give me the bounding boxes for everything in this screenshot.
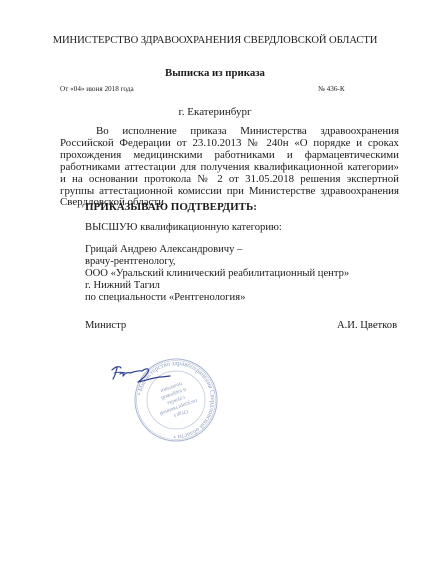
- ministry-header: МИНИСТЕРСТВО ЗДРАВООХРАНЕНИЯ СВЕРДЛОВСКО…: [0, 35, 430, 46]
- signature-icon: [108, 360, 178, 390]
- order-number: № 436-К: [318, 85, 345, 93]
- order-date: От «04» июня 2018 года: [60, 85, 134, 93]
- person-block: Грицай Андрею Александровичу – врачу-рен…: [85, 244, 349, 304]
- signer-title: Министр: [85, 320, 126, 331]
- person-position: врачу-рентгенологу,: [85, 256, 349, 268]
- document-title: Выписка из приказа: [0, 67, 430, 79]
- document-page: МИНИСТЕРСТВО ЗДРАВООХРАНЕНИЯ СВЕРДЛОВСКО…: [0, 0, 430, 573]
- order-heading: ПРИКАЗЫВАЮ ПОДТВЕРДИТЬ:: [85, 201, 257, 213]
- person-organization: ООО «Уральский клинический реабилитацион…: [85, 268, 349, 280]
- preamble-paragraph: Во исполнение приказа Министерства здрав…: [60, 126, 399, 209]
- person-specialty: по специальности «Рентгенология»: [85, 292, 349, 304]
- person-name: Грицай Андрею Александровичу –: [85, 244, 349, 256]
- person-city: г. Нижний Тагил: [85, 280, 349, 292]
- city-line: г. Екатеринбург: [0, 106, 430, 118]
- category-line: ВЫСШУЮ квалификационную категорию:: [85, 222, 282, 233]
- signer-name: А.И. Цветков: [337, 320, 397, 331]
